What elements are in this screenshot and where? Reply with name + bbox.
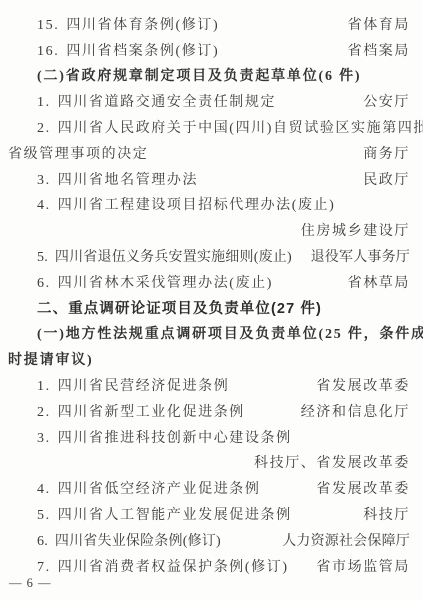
- item-text: 7.四川省消费者权益保护条例(修订): [8, 556, 289, 576]
- regulation-item: 1.四川省民营经济促进条例 省发展改革委: [8, 372, 410, 398]
- item-text: 5.四川省人工智能产业发展促进条例: [8, 504, 292, 524]
- item-number: 1.: [37, 95, 51, 110]
- item-number: 2.: [37, 121, 51, 136]
- item-text: 1.四川省道路交通安全责任制规定: [8, 91, 276, 111]
- regulation-item: 3.四川省推进科技创新中心建设条例: [8, 424, 410, 450]
- part-heading-row: 二、重点调研论证项目及负责单位(27 件): [8, 295, 410, 321]
- item-agency: 省发展改革委: [316, 375, 410, 395]
- item-agency: 人力资源社会保障厅: [282, 530, 410, 550]
- page-number: — 6 —: [9, 576, 52, 591]
- document-page: 15.四川省体育条例(修订) 省体育局 16.四川省档案条例(修订) 省档案局 …: [0, 0, 423, 600]
- item-agency: 省体育局: [348, 14, 410, 34]
- regulation-item: 15.四川省体育条例(修订) 省体育局: [8, 11, 410, 37]
- item-number: 6.: [37, 534, 48, 549]
- section-heading-row: (二)省政府规章制定项目及负责起草单位(6 件): [8, 63, 410, 89]
- sub-heading-line2: 时提请审议): [8, 349, 93, 369]
- item-number: 5.: [37, 250, 48, 265]
- item-title: 四川省新型工业化促进条例: [58, 405, 245, 420]
- item-title: 四川省失业保险条例(修订): [55, 534, 221, 549]
- item-number: 3.: [37, 173, 51, 188]
- item-number: 4.: [37, 482, 51, 497]
- item-text: 4.四川省低空经济产业促进条例: [8, 478, 261, 498]
- item-agency: 民政厅: [363, 169, 410, 189]
- item-title: 四川省林木采伐管理办法(废止): [58, 276, 273, 291]
- item-text: 6.四川省林木采伐管理办法(废止): [8, 272, 273, 292]
- item-title: 四川省消费者权益保护条例(修订): [58, 560, 289, 575]
- item-title: 四川省人工智能产业发展促进条例: [58, 508, 292, 523]
- item-text: 3.四川省地名管理办法: [8, 169, 198, 189]
- regulation-item: 7.四川省消费者权益保护条例(修订) 省市场监管局: [8, 553, 410, 579]
- item-agency: 省发展改革委: [316, 478, 410, 498]
- item-agency: 省档案局: [348, 40, 410, 60]
- item-title: 四川省人民政府关于中国(四川)自贸试验区实施第四批: [58, 121, 423, 136]
- regulation-item: 4.四川省低空经济产业促进条例 省发展改革委: [8, 475, 410, 501]
- item-number: 3.: [37, 431, 51, 446]
- item-number: 4.: [37, 198, 51, 213]
- item-agency: 住房城乡建设厅: [301, 220, 410, 240]
- item-title: 四川省低空经济产业促进条例: [58, 482, 261, 497]
- item-text: 5.四川省退伍义务兵安置实施细则(废止): [8, 246, 292, 266]
- item-number: 7.: [37, 560, 51, 575]
- item-text: 1.四川省民营经济促进条例: [8, 375, 229, 395]
- item-title: 四川省民营经济促进条例: [58, 379, 230, 394]
- agency-line: 科技厅、省发展改革委: [8, 450, 410, 476]
- item-number: 1.: [37, 379, 51, 394]
- item-number: 2.: [37, 405, 51, 420]
- regulation-item: 1.四川省道路交通安全责任制规定 公安厅: [8, 88, 410, 114]
- item-title: 四川省档案条例(修订): [66, 44, 219, 59]
- item-agency: 省林草局: [348, 272, 410, 292]
- item-title: 四川省地名管理办法: [58, 173, 198, 188]
- regulation-item: 3.四川省地名管理办法 民政厅: [8, 166, 410, 192]
- item-agency: 科技厅: [363, 504, 410, 524]
- item-agency: 商务厅: [363, 143, 410, 163]
- item-agency: 科技厅、省发展改革委: [254, 452, 410, 472]
- item-title: 四川省体育条例(修订): [66, 18, 219, 33]
- sub-heading-line1-row: (一)地方性法规重点调研项目及负责单位(25 件，条件成熟: [8, 321, 410, 347]
- sub-heading-line2-row: 时提请审议): [8, 346, 410, 372]
- regulation-item: 6.四川省林木采伐管理办法(废止) 省林草局: [8, 269, 410, 295]
- item-agency: 经济和信息化厅: [301, 401, 410, 421]
- agency-line: 住房城乡建设厅: [8, 217, 410, 243]
- item-title: 四川省退伍义务兵安置实施细则(废止): [55, 250, 292, 265]
- item-text: 3.四川省推进科技创新中心建设条例: [8, 427, 292, 447]
- regulation-item: 6.四川省失业保险条例(修订) 人力资源社会保障厅: [8, 527, 410, 553]
- regulation-item: 4.四川省工程建设项目招标代理办法(废止): [8, 192, 410, 218]
- section-heading: (二)省政府规章制定项目及负责起草单位(6 件): [8, 65, 361, 85]
- item-title: 四川省推进科技创新中心建设条例: [58, 431, 292, 446]
- item-text: 15.四川省体育条例(修订): [8, 14, 219, 34]
- regulation-item: 5.四川省人工智能产业发展促进条例 科技厅: [8, 501, 410, 527]
- item-text: 2.四川省人民政府关于中国(四川)自贸试验区实施第四批: [8, 117, 410, 137]
- sub-heading-line1: (一)地方性法规重点调研项目及负责单位(25 件，条件成熟: [8, 323, 410, 343]
- item-number: 16.: [37, 44, 59, 59]
- item-agency: 省市场监管局: [316, 556, 410, 576]
- item-number: 15.: [37, 18, 59, 33]
- item-number: 6.: [37, 276, 51, 291]
- item-text: 6.四川省失业保险条例(修订): [8, 530, 221, 550]
- item-text: 4.四川省工程建设项目招标代理办法(废止): [8, 194, 335, 214]
- item-text: 2.四川省新型工业化促进条例: [8, 401, 245, 421]
- item-number: 5.: [37, 508, 51, 523]
- item-agency: 退役军人事务厅: [311, 246, 410, 266]
- regulation-item-wrapped-line1: 2.四川省人民政府关于中国(四川)自贸试验区实施第四批: [8, 114, 410, 140]
- regulation-item: 16.四川省档案条例(修订) 省档案局: [8, 37, 410, 63]
- regulation-item-wrapped-line2: 省级管理事项的决定 商务厅: [8, 140, 410, 166]
- item-text: 16.四川省档案条例(修订): [8, 40, 219, 60]
- part-heading: 二、重点调研论证项目及负责单位(27 件): [8, 297, 322, 318]
- item-title: 四川省道路交通安全责任制规定: [58, 95, 276, 110]
- item-agency: 公安厅: [363, 91, 410, 111]
- regulation-item: 2.四川省新型工业化促进条例 经济和信息化厅: [8, 398, 410, 424]
- regulation-item: 5.四川省退伍义务兵安置实施细则(废止) 退役军人事务厅: [8, 243, 410, 269]
- item-title-continued: 省级管理事项的决定: [8, 143, 148, 163]
- item-title: 四川省工程建设项目招标代理办法(废止): [58, 198, 336, 213]
